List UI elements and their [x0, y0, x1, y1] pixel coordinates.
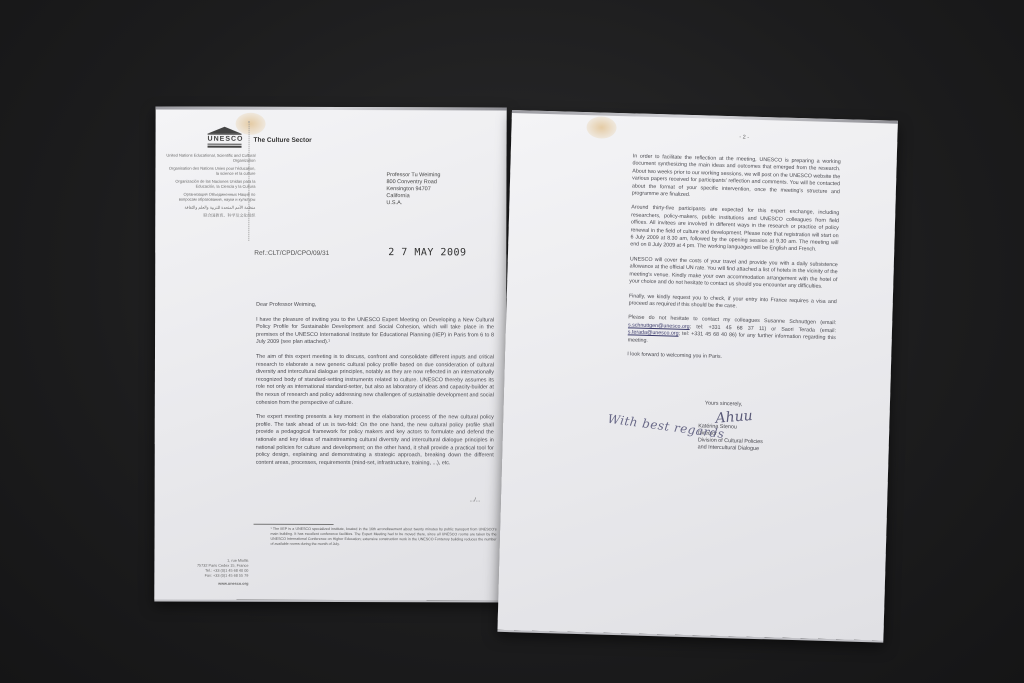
page-number: - 2 - [739, 134, 749, 140]
recipient-address: Professor Tu Weiming 800 Conventry Road … [386, 172, 440, 207]
footer-address: 1, rue Miollis 75732 Paris Cedex 15, Fra… [168, 559, 248, 587]
footnote-rule [254, 524, 334, 525]
dotted-divider [248, 121, 249, 241]
paragraph: Around thirty-five participants are expe… [630, 205, 839, 255]
letter-page-2: - 2 - In order to facilitate the reflect… [497, 110, 897, 641]
sector-heading: The Culture Sector [254, 137, 312, 144]
letter-body: In order to facilitate the reflection at… [627, 153, 841, 371]
website-link: www.unesco.org [168, 582, 248, 587]
paragraph: In order to facilitate the reflection at… [632, 153, 841, 203]
paragraph: The aim of this expert meeting is to dis… [256, 354, 494, 408]
organization-names: United Nations Educational, Scientific a… [165, 153, 255, 221]
unesco-logo-icon: UNESCO [208, 127, 242, 148]
closing-line: I look forward to welcoming you in Paris… [627, 351, 835, 364]
continued-marker: .../... [470, 497, 481, 503]
footnote: ¹ The IIEP is a UNESCO specialized insti… [270, 527, 496, 548]
paragraph: The expert meeting presents a key moment… [256, 414, 494, 468]
paper-stain [586, 116, 617, 139]
reference-number: Ref.:CLT/CPD/CPO/09/31 [254, 250, 329, 257]
email-link: s.terada@unesco.org [628, 329, 679, 336]
contact-paragraph: Please do not hesitate to contact my col… [628, 315, 837, 350]
date-stamp: 2 7 MAY 2009 [388, 247, 466, 258]
salutation: Dear Professor Weiming, [256, 302, 494, 310]
email-link: s.schnuttgen@unesco.org [628, 322, 690, 330]
paragraph: UNESCO will cover the costs of your trav… [629, 256, 838, 291]
paragraph: I have the pleasure of inviting you to t… [256, 316, 494, 347]
letter-page-1: UNESCO United Nations Educational, Scien… [154, 107, 506, 601]
paragraph: Finally, we kindly request you to check,… [629, 293, 837, 314]
letter-body: Dear Professor Weiming, I have the pleas… [256, 302, 494, 475]
signature-scribble: Ahuu [715, 408, 753, 427]
